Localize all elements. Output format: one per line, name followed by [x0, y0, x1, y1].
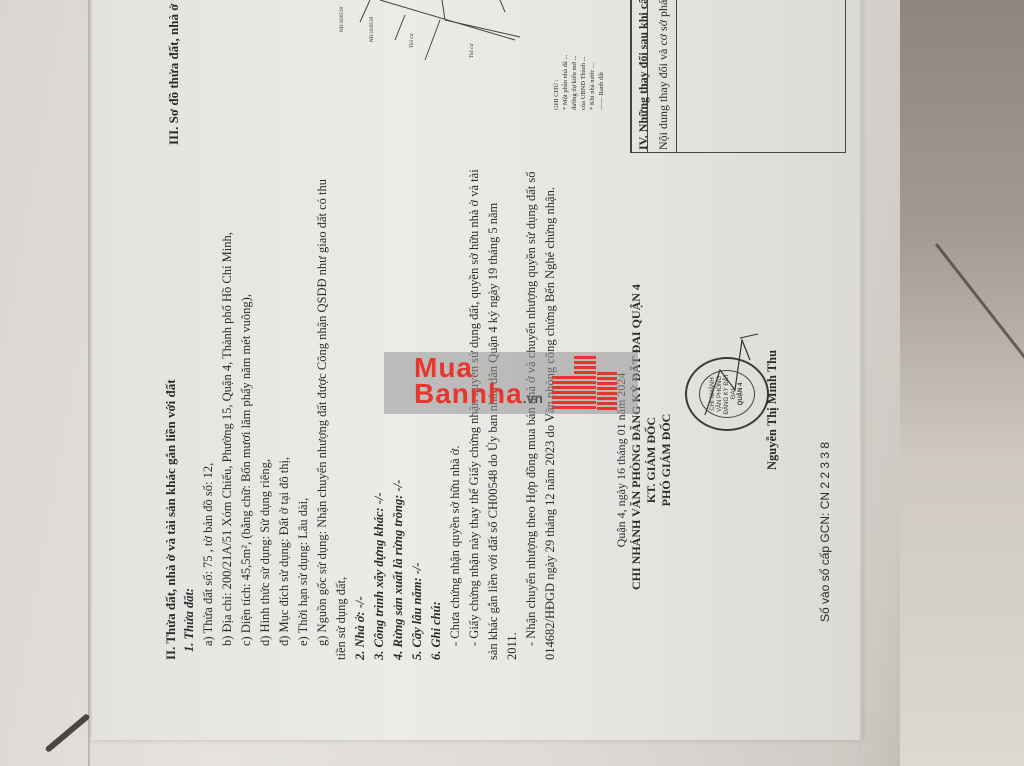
section-iv-title: IV. Những thay đổi sau khi cấp Giấy chứn…: [636, 0, 651, 150]
watermark-line2: Bannha.vn: [414, 380, 543, 412]
building-icon: [597, 372, 617, 410]
usage-origin: g) Nguồn gốc sử dụng: Nhận chuyển nhượng…: [313, 140, 332, 660]
legend-notes: GHI CHÚ : * Một phần nhà đã ... đường dự…: [552, 0, 606, 110]
diagram-label: NH:16/6518: [340, 7, 345, 32]
changes-column-header: Nội dung thay đổi và cơ sở pháp lý: [656, 0, 671, 150]
signer-role-1: KT. GIÁM ĐỐC: [644, 330, 659, 590]
legend-title: GHI CHÚ :: [552, 0, 561, 110]
diagram-label: Thổ cư: [410, 34, 415, 48]
pen-tip: [45, 713, 91, 753]
page-fold: [860, 0, 862, 766]
signer-role-2: PHÓ GIÁM ĐỐC: [659, 330, 674, 590]
usage-term: e) Thời hạn sử dụng: Lâu dài,: [294, 140, 313, 660]
watermark-brand: Bannha: [414, 378, 523, 409]
parcel-number: a) Thửa đất số: 75 , tờ bản đồ số: 12,: [199, 140, 218, 660]
parcel-area: c) Diện tích: 45,5m², (bằng chữ: Bốn mươ…: [237, 140, 256, 660]
diagram-label: Thổ cư: [470, 44, 475, 58]
parcel-diagram: [280, 0, 550, 70]
usage-purpose: đ) Mục đích sử dụng: Đất ở tại đô thị,: [275, 140, 294, 660]
watermark-logo: Mua Bannha.vn: [384, 352, 638, 414]
section-ii-title: II. Thửa đất, nhà ở và tài sản khác gắn …: [163, 379, 179, 660]
legend-line: —— Ranh đất: [597, 0, 606, 110]
legend-line: * Một phần nhà đã ...: [561, 0, 570, 110]
page-edge: [88, 0, 90, 766]
watermark-suffix: .vn: [523, 390, 543, 406]
registry-number: Số vào sổ cấp GCN: CN 2 2 3 3 8: [818, 442, 832, 622]
signature-mark: [700, 330, 760, 420]
subsection-land-parcel: 1. Thửa đất:: [180, 140, 199, 660]
signer-name: Nguyễn Thị Minh Thu: [765, 350, 780, 470]
usage-origin-cont: tiền sử dụng đất,: [332, 140, 351, 660]
item-house: 2. Nhà ở: -/-: [351, 140, 370, 660]
legend-line: đường dự kiến mở ...: [570, 0, 579, 110]
legend-line: của UBND Thành ...: [579, 0, 588, 110]
usage-form: d) Hình thức sử dụng: Sử dụng riêng,: [256, 140, 275, 660]
background-surface: [900, 0, 1024, 766]
diagram-label: NH:16/6518: [370, 17, 375, 42]
building-icon: [574, 356, 596, 410]
section-iii-title: III. Sơ đồ thửa đất, nhà ở và tài sản kh…: [166, 0, 182, 145]
building-icon: [552, 376, 574, 410]
parcel-address: b) Địa chỉ: 200/21A/51 Xóm Chiếu, Phường…: [218, 140, 237, 660]
legend-line: * Khi nhà nước ...: [588, 0, 597, 110]
